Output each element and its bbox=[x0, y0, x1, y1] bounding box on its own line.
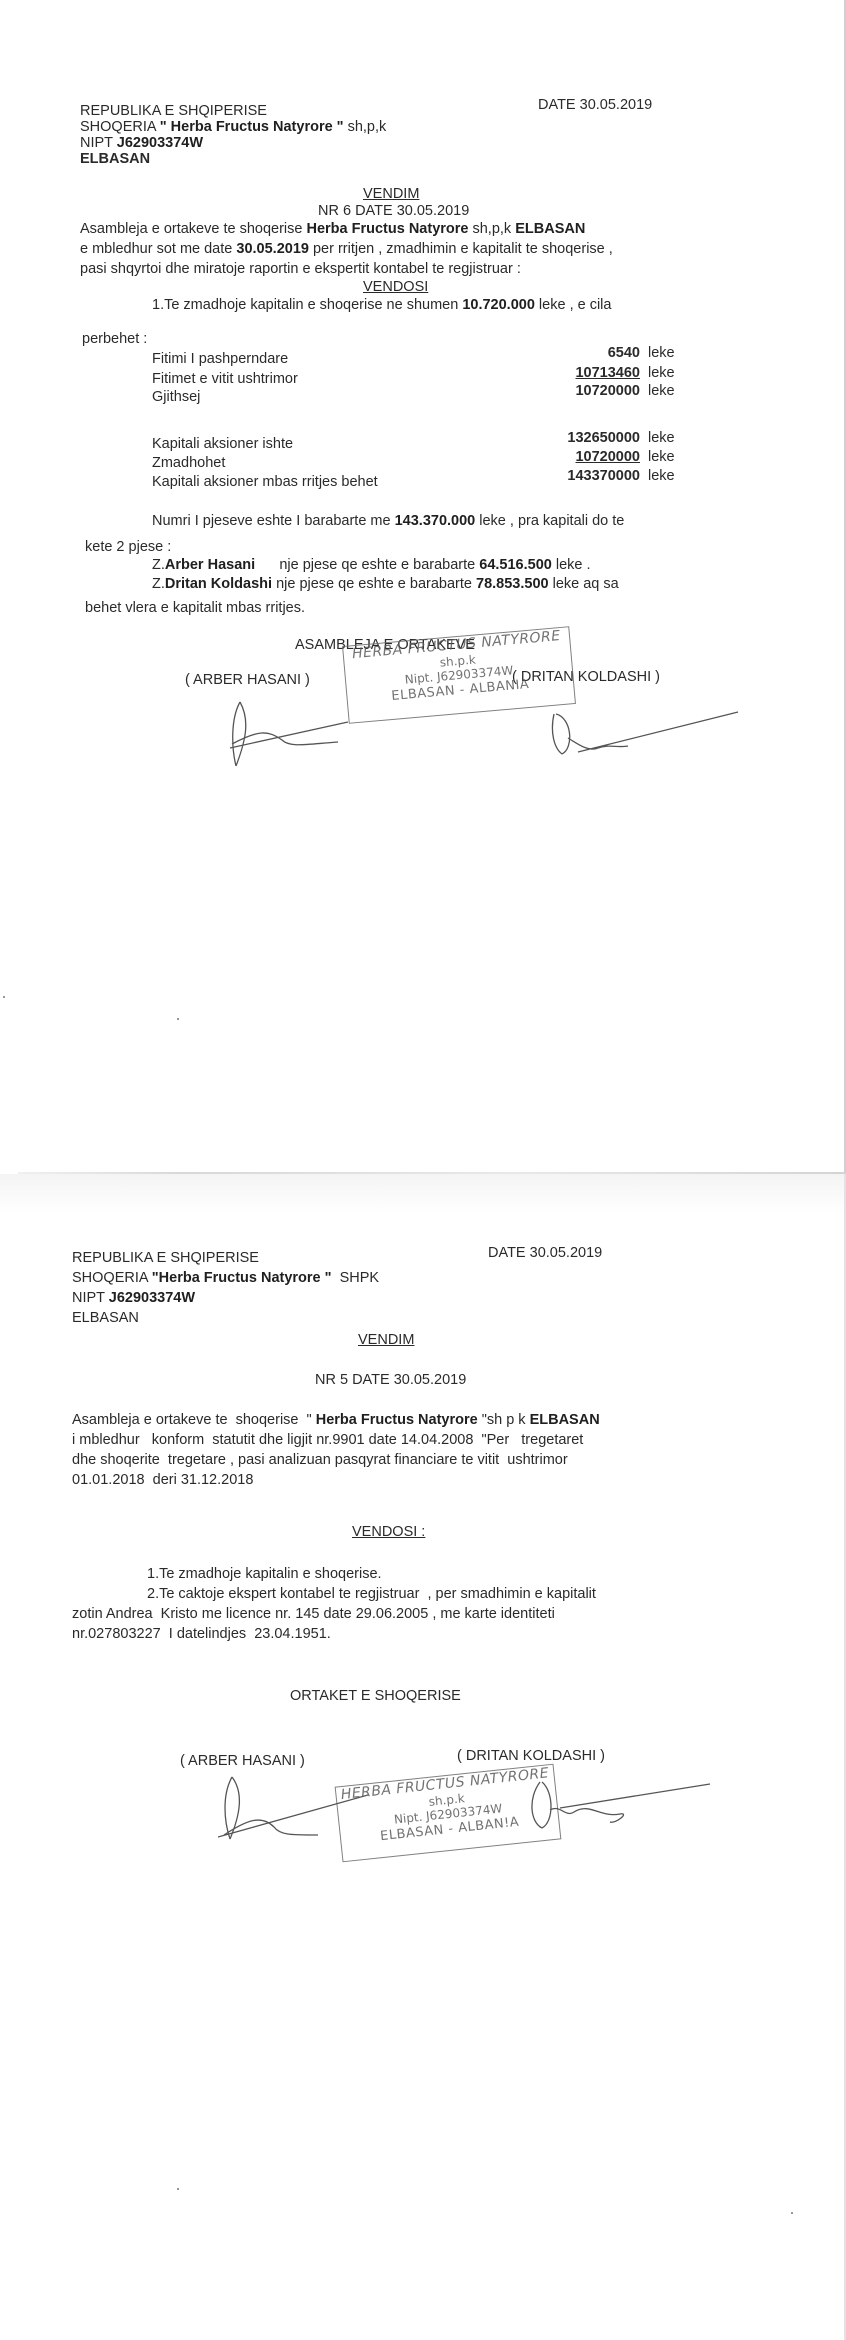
intro-line-2: e mbledhur sot me date 30.05.2019 per rr… bbox=[80, 241, 613, 257]
header-company: SHOQERIA "Herba Fructus Natyrore " SHPK bbox=[72, 1270, 379, 1286]
page-shadow bbox=[0, 1174, 846, 1214]
intro-line-3: pasi shqyrtoi dhe miratoje raportin e ek… bbox=[80, 261, 521, 277]
signer-left: ( ARBER HASANI ) bbox=[180, 1753, 305, 1769]
intro-line-4: 01.01.2018 deri 31.12.2018 bbox=[72, 1472, 253, 1488]
point-1: 1.Te zmadhoje kapitalin e shoqerise. bbox=[147, 1566, 382, 1582]
decides-heading: VENDOSI : bbox=[352, 1524, 425, 1540]
table-row-label: Gjithsej bbox=[152, 389, 200, 405]
shares-line-2: kete 2 pjese : bbox=[85, 539, 171, 555]
intro-line-1: Asambleja e ortakeve te shoqerise Herba … bbox=[80, 221, 585, 237]
header-city: ELBASAN bbox=[80, 151, 150, 167]
table-row-label: Fitimet e vitit ushtrimor bbox=[152, 371, 298, 387]
point-2-line-3: nr.027803227 I datelindjes 23.04.1951. bbox=[72, 1626, 331, 1642]
signature-dritan-koldashi bbox=[520, 1778, 720, 1848]
table-row-unit: leke bbox=[648, 468, 675, 484]
document-subtitle: NR 6 DATE 30.05.2019 bbox=[318, 203, 469, 219]
point-1: 1.Te zmadhoje kapitalin e shoqerise ne s… bbox=[152, 297, 611, 313]
table-row-value: 132650000 bbox=[550, 430, 640, 446]
header-date: DATE 30.05.2019 bbox=[538, 97, 652, 113]
header-republic: REPUBLIKA E SHQIPERISE bbox=[80, 103, 267, 119]
shares-line-1: Numri I pjeseve eshte I barabarte me 143… bbox=[152, 513, 624, 529]
table-row-value: 6540 bbox=[550, 345, 640, 361]
table-row-value: 143370000 bbox=[550, 468, 640, 484]
intro-line-2: i mbledhur konform statutit dhe ligjit n… bbox=[72, 1432, 583, 1448]
table-row-unit: leke bbox=[648, 430, 675, 446]
header-republic: REPUBLIKA E SHQIPERISE bbox=[72, 1250, 259, 1266]
header-date: DATE 30.05.2019 bbox=[488, 1245, 602, 1261]
shares-partner-2: Z.Dritan Koldashi nje pjese qe eshte e b… bbox=[152, 576, 619, 592]
document-subtitle: NR 5 DATE 30.05.2019 bbox=[315, 1372, 466, 1388]
perbehet-label: perbehet : bbox=[82, 331, 147, 347]
table-row-value: 10720000 bbox=[550, 449, 640, 465]
signer-left: ( ARBER HASANI ) bbox=[185, 672, 310, 688]
signature-dritan-koldashi bbox=[548, 708, 748, 768]
shares-line-5: behet vlera e kapitalit mbas rritjes. bbox=[85, 600, 305, 616]
scan-speck bbox=[177, 2188, 179, 2190]
table-row-label: Zmadhohet bbox=[152, 455, 225, 471]
document-title: VENDIM bbox=[358, 1332, 414, 1348]
scan-speck bbox=[791, 2212, 793, 2214]
intro-line-1: Asambleja e ortakeve te shoqerise " Herb… bbox=[72, 1412, 600, 1428]
point-2: 2.Te caktoje ekspert kontabel te regjist… bbox=[147, 1586, 596, 1602]
table-row-label: Fitimi I pashperndare bbox=[152, 351, 288, 367]
shares-partner-1: Z.Arber Hasani nje pjese qe eshte e bara… bbox=[152, 557, 591, 573]
table-row-unit: leke bbox=[648, 449, 675, 465]
point-2-line-2: zotin Andrea Kristo me licence nr. 145 d… bbox=[72, 1606, 555, 1622]
signature-arber-hasani bbox=[218, 1775, 368, 1845]
header-company: SHOQERIA " Herba Fructus Natyrore " sh,p… bbox=[80, 119, 386, 135]
table-row-unit: leke bbox=[648, 383, 675, 399]
table-row-value: 10713460 bbox=[550, 365, 640, 381]
decides-heading: VENDOSI bbox=[363, 279, 428, 295]
table-row-value: 10720000 bbox=[550, 383, 640, 399]
document-title: VENDIM bbox=[363, 186, 419, 202]
table-row-label: Kapitali aksioner ishte bbox=[152, 436, 293, 452]
partners-label: ORTAKET E SHOQERISE bbox=[290, 1688, 461, 1704]
signature-arber-hasani bbox=[228, 700, 368, 770]
header-city: ELBASAN bbox=[72, 1310, 139, 1326]
scan-speck bbox=[3, 996, 5, 998]
table-row-unit: leke bbox=[648, 365, 675, 381]
table-row-unit: leke bbox=[648, 345, 675, 361]
signer-right: ( DRITAN KOLDASHI ) bbox=[457, 1748, 605, 1764]
intro-line-3: dhe shoqerite tregetare , pasi analizuan… bbox=[72, 1452, 568, 1468]
header-nipt: NIPT J62903374W bbox=[72, 1290, 195, 1306]
header-nipt: NIPT J62903374W bbox=[80, 135, 203, 151]
scan-speck bbox=[177, 1018, 179, 1020]
table-row-label: Kapitali aksioner mbas rritjes behet bbox=[152, 474, 378, 490]
